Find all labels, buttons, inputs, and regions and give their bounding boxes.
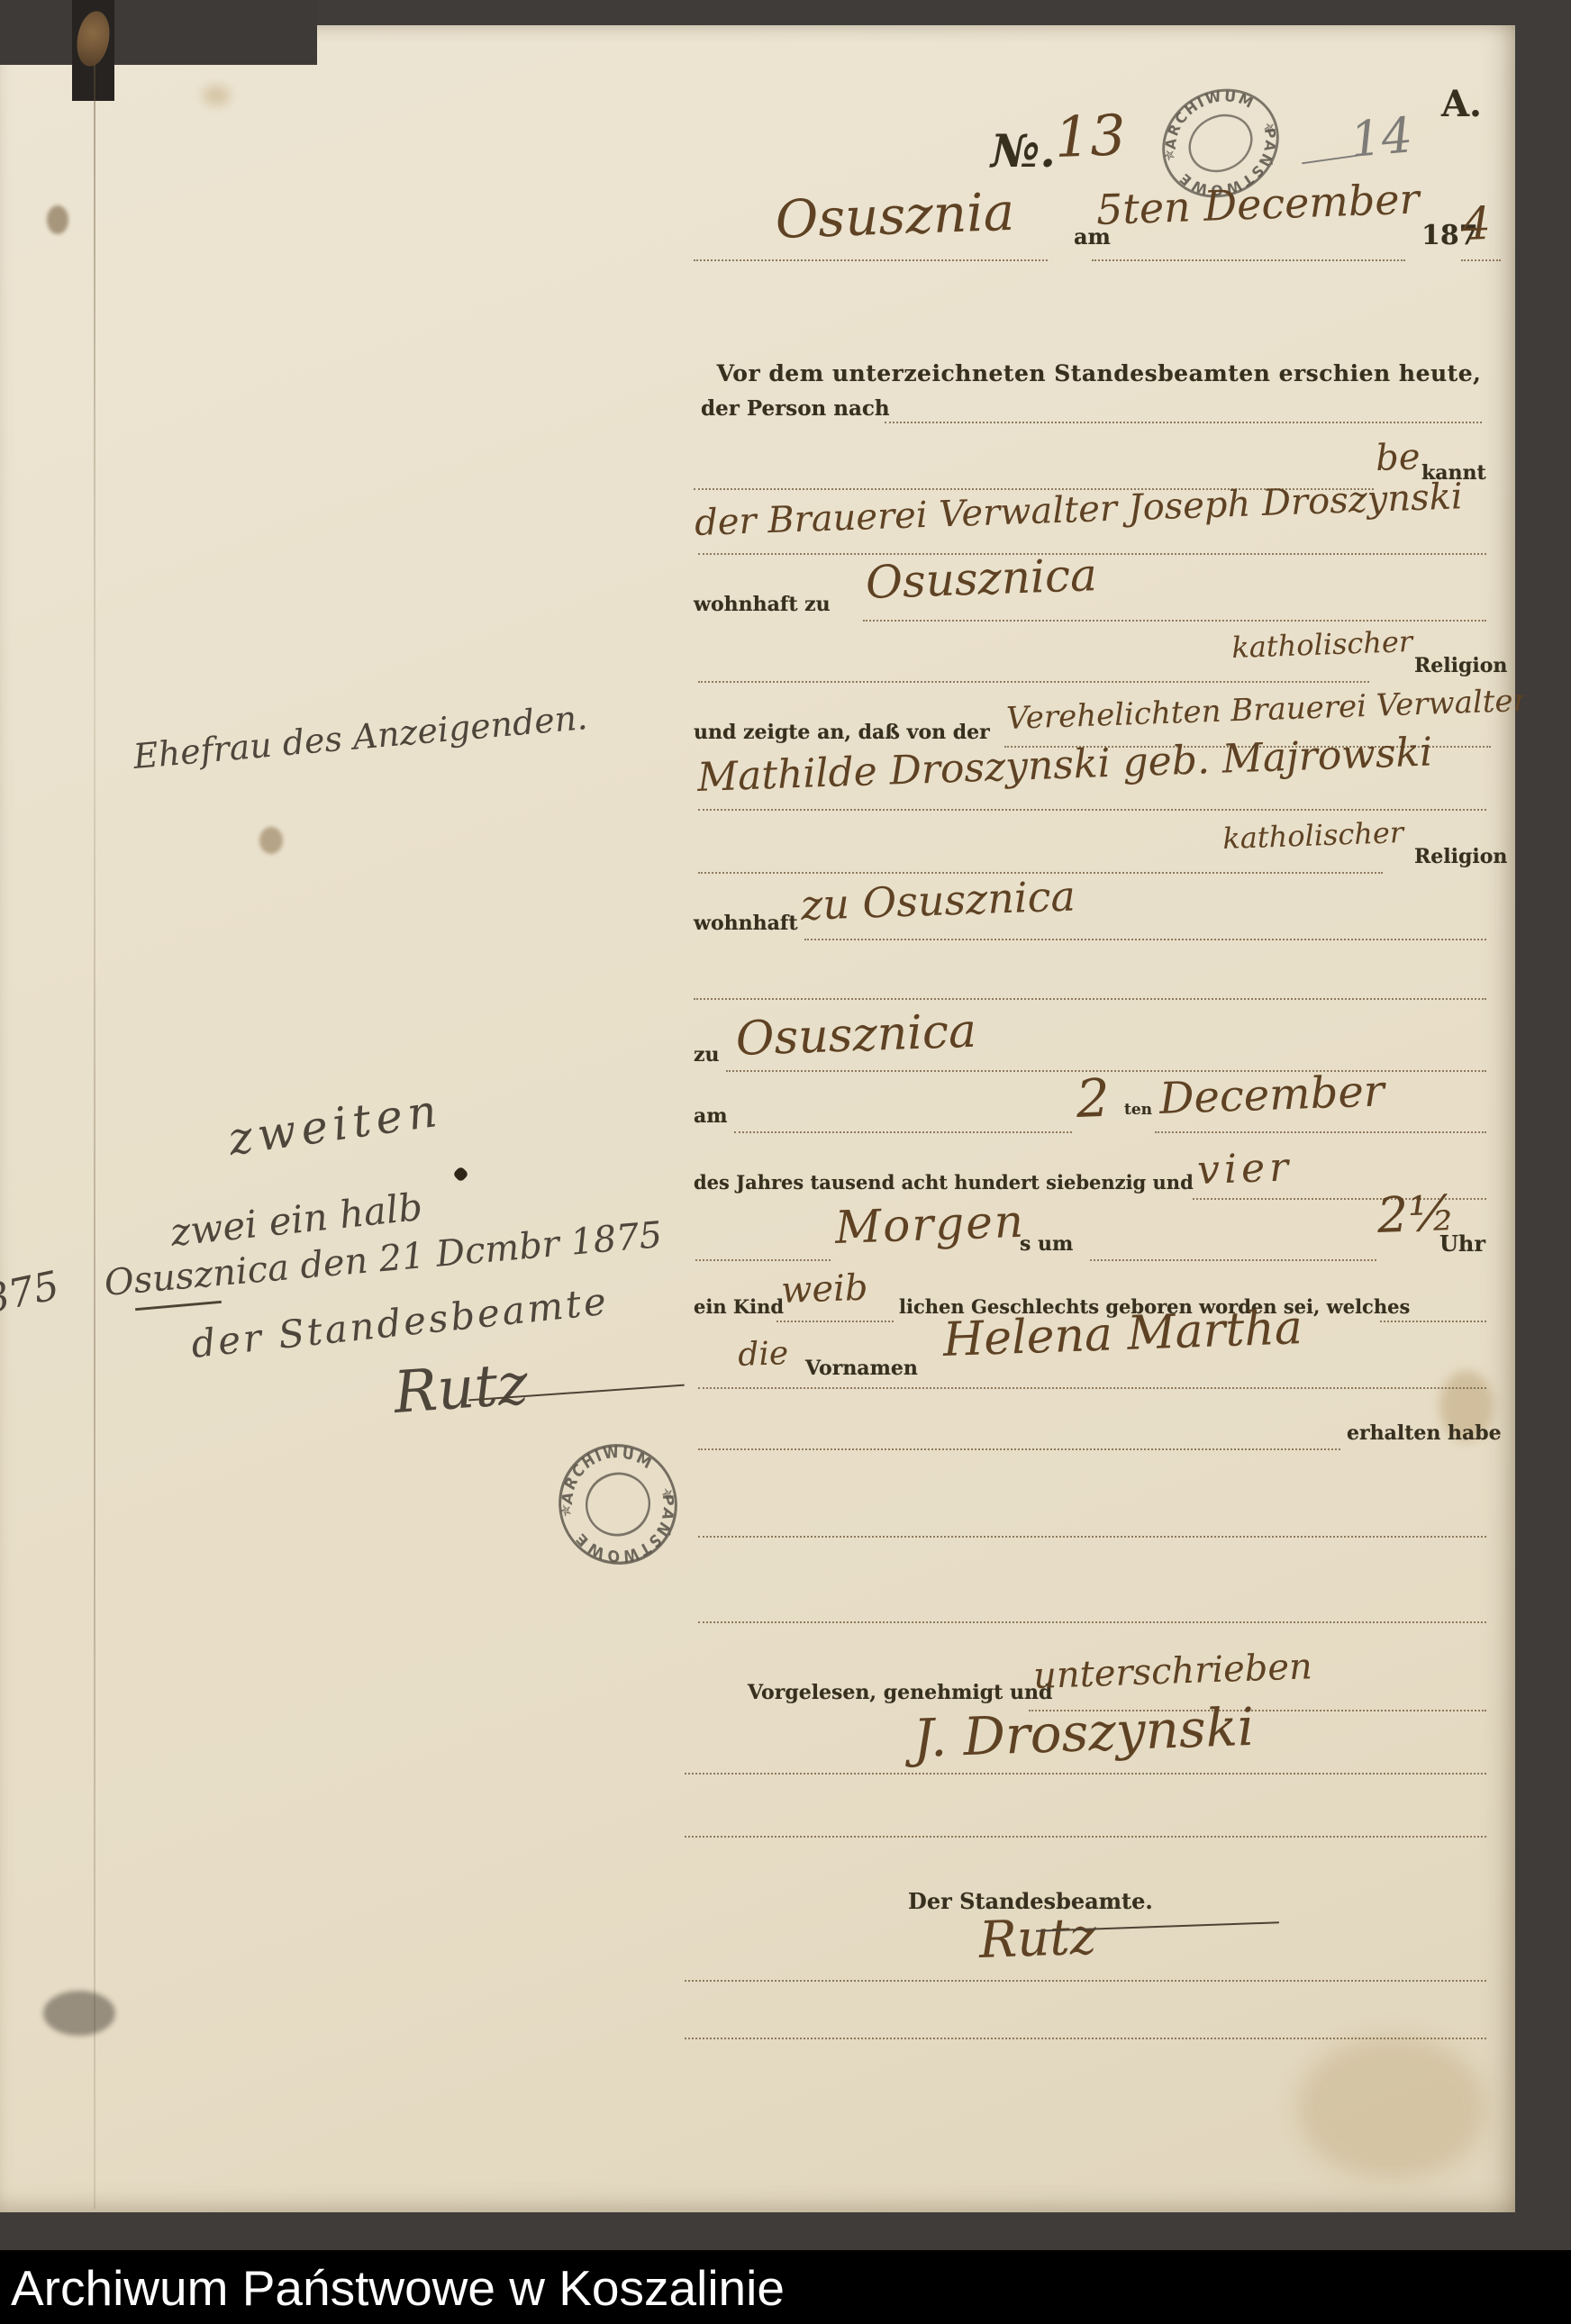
bekannt-prefix-entry: be: [1375, 436, 1421, 479]
dotted-line: [885, 422, 1482, 423]
paper-fold-line: [94, 63, 95, 2209]
background-corner: [0, 0, 317, 65]
dotted-line: [695, 1259, 831, 1261]
religion-entry: katholischer: [1231, 624, 1413, 665]
vorgelesen-label: Vorgelesen, genehmigt und: [748, 1681, 1052, 1704]
religion2-entry: katholischer: [1222, 815, 1404, 856]
year-line-label: des Jahres tausend acht hundert siebenzi…: [694, 1171, 1194, 1194]
dotted-line: [685, 1773, 1486, 1775]
dotted-line: [694, 998, 1486, 1000]
dotted-line: [698, 1448, 1340, 1450]
dotted-line: [685, 1836, 1486, 1838]
religion2-label: Religion: [1414, 845, 1507, 868]
declarant-signature: J. Droszynski: [913, 1696, 1256, 1769]
residence2-entry: zu Osusznica: [800, 871, 1076, 930]
dotted-line: [698, 809, 1486, 811]
time-of-day-entry: Morgen: [834, 1195, 1026, 1254]
record-number-label: №.: [991, 124, 1056, 177]
child-line-a-label: ein Kind: [694, 1295, 784, 1318]
erhalten-habe-label: erhalten habe: [1347, 1421, 1502, 1445]
dotted-line: [698, 1387, 1486, 1389]
wohnhaft-label: wohnhaft: [694, 912, 797, 935]
dotted-line: [776, 1321, 894, 1322]
year-digit-entry: 4: [1461, 197, 1492, 250]
gender-entry: weib: [780, 1267, 868, 1312]
archive-caption-bar: Archiwum Państwowe w Koszalinie: [0, 2250, 1571, 2324]
year-word-entry: vier: [1196, 1144, 1294, 1194]
religion-label: Religion: [1414, 654, 1507, 677]
zeigte-an-label: und zeigte an, daß von der: [694, 721, 990, 744]
wohnhaft-zu-label: wohnhaft zu: [694, 593, 831, 616]
dotted-line: [685, 2038, 1486, 2039]
dotted-line: [804, 939, 1486, 940]
birth-day-entry: 2: [1076, 1067, 1111, 1130]
dotted-line: [698, 681, 1369, 683]
stain: [43, 1991, 115, 2036]
corner-letter: A.: [1441, 83, 1482, 125]
stain: [47, 205, 68, 234]
stain: [1297, 2036, 1486, 2180]
die-entry: die: [738, 1335, 789, 1374]
vornamen-label: Vornamen: [805, 1357, 918, 1380]
dotted-line: [698, 1536, 1486, 1538]
scanned-document: A. №. 13 14 ARCHIWUM PAŃSTWOWE ✯ ✯ Osusz…: [0, 0, 1571, 2324]
dotted-line: [685, 1980, 1486, 1982]
dotted-line: [734, 1131, 1072, 1133]
uhr-label: Uhr: [1439, 1230, 1485, 1257]
am2-label: am: [694, 1104, 728, 1128]
dotted-line: [1380, 1321, 1486, 1322]
stain: [259, 827, 283, 854]
zu-label: zu: [694, 1043, 720, 1067]
registrar-signature: Rutz: [978, 1907, 1097, 1970]
archive-caption: Archiwum Państwowe w Koszalinie: [11, 2259, 785, 2317]
margin-signature: Rutz: [392, 1351, 531, 1427]
birthplace-entry: Osusznica: [735, 1004, 977, 1067]
s-um-label: s um: [1020, 1232, 1073, 1256]
dotted-line: [863, 620, 1486, 622]
dotted-line: [694, 259, 1048, 261]
pencil-number: 14: [1349, 106, 1415, 168]
dotted-line: [1090, 1259, 1376, 1261]
birth-month-entry: December: [1158, 1066, 1385, 1124]
ten-label: ten: [1124, 1101, 1152, 1119]
dotted-line: [698, 1621, 1486, 1623]
stain: [203, 86, 230, 105]
dotted-line: [1092, 259, 1405, 261]
person-nach-label: der Person nach: [701, 396, 890, 421]
place-entry: Osusznia: [775, 181, 1016, 250]
residence-entry: Osusznica: [865, 549, 1098, 609]
form-intro: Vor dem unterzeichneten Standesbeamten e…: [698, 360, 1500, 386]
record-number-value: 13: [1053, 102, 1126, 170]
dotted-line: [1155, 1131, 1486, 1133]
dotted-line: [1461, 259, 1501, 261]
